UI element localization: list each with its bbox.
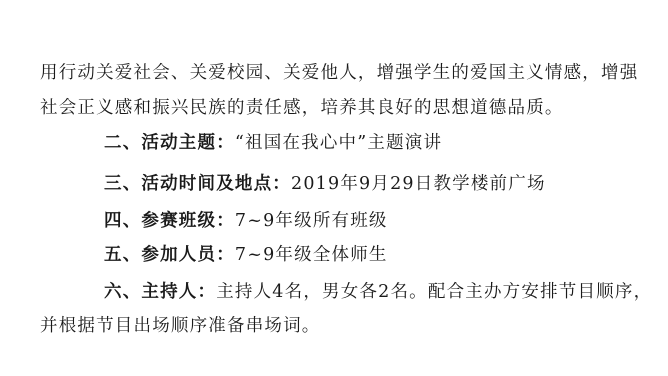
section-hosts-continuation: 并根据节目出场顺序准备串场词。 — [40, 315, 321, 337]
section-value: 7~9年级全体师生 — [235, 245, 388, 265]
section-value: “祖国在我心中”主题演讲 — [235, 133, 442, 153]
section-value: 主持人4名，男女各2名。配合主办方安排节目顺序， — [216, 282, 652, 302]
document-page: 用行动关爱社会、关爱校园、关爱他人，增强学生的爱国主义情感，增强 社会正义感和振… — [0, 0, 668, 376]
section-label: 二、活动主题： — [104, 133, 235, 153]
section-time-location: 三、活动时间及地点：2019年9月29日教学楼前广场 — [104, 173, 546, 195]
section-participants: 五、参加人员：7~9年级全体师生 — [104, 244, 388, 266]
section-label: 五、参加人员： — [104, 245, 235, 265]
section-activity-theme: 二、活动主题：“祖国在我心中”主题演讲 — [104, 132, 442, 154]
intro-paragraph-line-2: 社会正义感和振兴民族的责任感，培养其良好的思想道德品质。 — [40, 97, 564, 119]
section-participating-classes: 四、参赛班级：7~9年级所有班级 — [104, 210, 388, 232]
section-value: 2019年9月29日教学楼前广场 — [291, 174, 546, 194]
section-label: 四、参赛班级： — [104, 211, 235, 231]
section-label: 三、活动时间及地点： — [104, 174, 291, 194]
section-hosts: 六、主持人：主持人4名，男女各2名。配合主办方安排节目顺序， — [104, 281, 652, 303]
section-label: 六、主持人： — [104, 282, 216, 302]
intro-paragraph-line-1: 用行动关爱社会、关爱校园、关爱他人，增强学生的爱国主义情感，增强 — [40, 62, 638, 84]
section-value: 7~9年级所有班级 — [235, 211, 388, 231]
